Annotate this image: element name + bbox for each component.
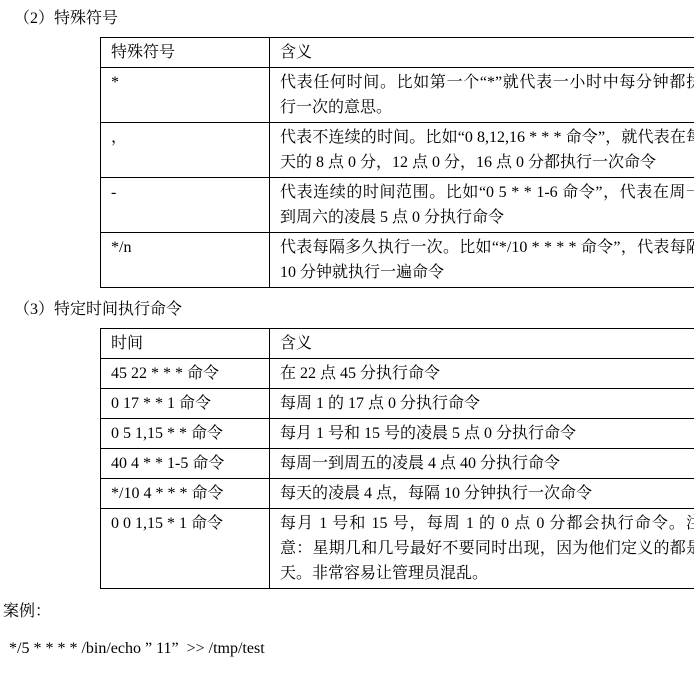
time-column-header: 时间	[101, 329, 270, 359]
crontab-command: */5 * * * * /bin/echo ” 11” >> /tmp/test	[0, 622, 694, 659]
meaning-cell: 代表任何时间。比如第一个“*”就代表一小时中每分钟都执行一次的意思。	[270, 68, 694, 123]
meaning-cell: 每月 1 号和 15 号的凌晨 5 点 0 分执行命令	[270, 419, 694, 449]
meaning-cell: 每天的凌晨 4 点，每隔 10 分钟执行一次命令	[270, 479, 694, 509]
table-row: 0 17 * * 1 命令 每周 1 的 17 点 0 分执行命令	[101, 389, 694, 419]
time-cell: 0 0 1,15 * 1 命令	[101, 509, 270, 589]
table-header-row: 时间 含义	[101, 329, 694, 359]
time-cell: 45 22 * * * 命令	[101, 359, 270, 389]
scheduled-time-table: 时间 含义 45 22 * * * 命令 在 22 点 45 分执行命令 0 1…	[100, 328, 694, 589]
table-row: 40 4 * * 1-5 命令 每周一到周五的凌晨 4 点 40 分执行命令	[101, 449, 694, 479]
section-3-heading: （3）特定时间执行命令	[0, 288, 694, 320]
table-row: 0 0 1,15 * 1 命令 每月 1 号和 15 号，每周 1 的 0 点 …	[101, 509, 694, 589]
symbol-cell: -	[101, 178, 270, 233]
time-cell: 0 5 1,15 * * 命令	[101, 419, 270, 449]
table-row: 45 22 * * * 命令 在 22 点 45 分执行命令	[101, 359, 694, 389]
symbol-column-header: 特殊符号	[101, 38, 270, 68]
meaning-cell: 每周一到周五的凌晨 4 点 40 分执行命令	[270, 449, 694, 479]
table-row: 0 5 1,15 * * 命令 每月 1 号和 15 号的凌晨 5 点 0 分执…	[101, 419, 694, 449]
time-cell: */10 4 * * * 命令	[101, 479, 270, 509]
meaning-cell: 代表连续的时间范围。比如“0 5 * * 1-6 命令”，代表在周一到周六的凌晨…	[270, 178, 694, 233]
meaning-cell: 每月 1 号和 15 号，每周 1 的 0 点 0 分都会执行命令。注意：星期几…	[270, 509, 694, 589]
meaning-cell: 代表每隔多久执行一次。比如“*/10 * * * * 命令”，代表每隔 10 分…	[270, 233, 694, 288]
meaning-column-header: 含义	[270, 329, 694, 359]
meaning-column-header: 含义	[270, 38, 694, 68]
document-page: （2）特殊符号 特殊符号 含义 * 代表任何时间。比如第一个“*”就代表一小时中…	[0, 0, 694, 680]
time-cell: 0 17 * * 1 命令	[101, 389, 270, 419]
table-header-row: 特殊符号 含义	[101, 38, 694, 68]
symbol-cell: */n	[101, 233, 270, 288]
symbol-cell: *	[101, 68, 270, 123]
section-2-heading: （2）特殊符号	[0, 0, 694, 29]
table-row: ， 代表不连续的时间。比如“0 8,12,16 * * * 命令”，就代表在每天…	[101, 123, 694, 178]
meaning-cell: 每周 1 的 17 点 0 分执行命令	[270, 389, 694, 419]
table-row: */n 代表每隔多久执行一次。比如“*/10 * * * * 命令”，代表每隔 …	[101, 233, 694, 288]
table-row: * 代表任何时间。比如第一个“*”就代表一小时中每分钟都执行一次的意思。	[101, 68, 694, 123]
meaning-cell: 在 22 点 45 分执行命令	[270, 359, 694, 389]
symbol-cell: ，	[101, 123, 270, 178]
table-row: - 代表连续的时间范围。比如“0 5 * * 1-6 命令”，代表在周一到周六的…	[101, 178, 694, 233]
example-label: 案例：	[0, 589, 694, 622]
time-cell: 40 4 * * 1-5 命令	[101, 449, 270, 479]
table-row: */10 4 * * * 命令 每天的凌晨 4 点，每隔 10 分钟执行一次命令	[101, 479, 694, 509]
meaning-cell: 代表不连续的时间。比如“0 8,12,16 * * * 命令”，就代表在每天的 …	[270, 123, 694, 178]
special-symbols-table: 特殊符号 含义 * 代表任何时间。比如第一个“*”就代表一小时中每分钟都执行一次…	[100, 37, 694, 288]
